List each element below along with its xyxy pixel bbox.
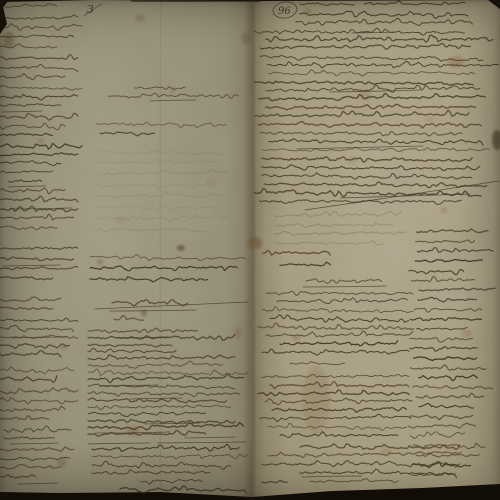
manuscript-scan: 3 96 bbox=[0, 0, 500, 500]
left-page bbox=[0, 0, 252, 500]
right-page bbox=[252, 0, 500, 500]
